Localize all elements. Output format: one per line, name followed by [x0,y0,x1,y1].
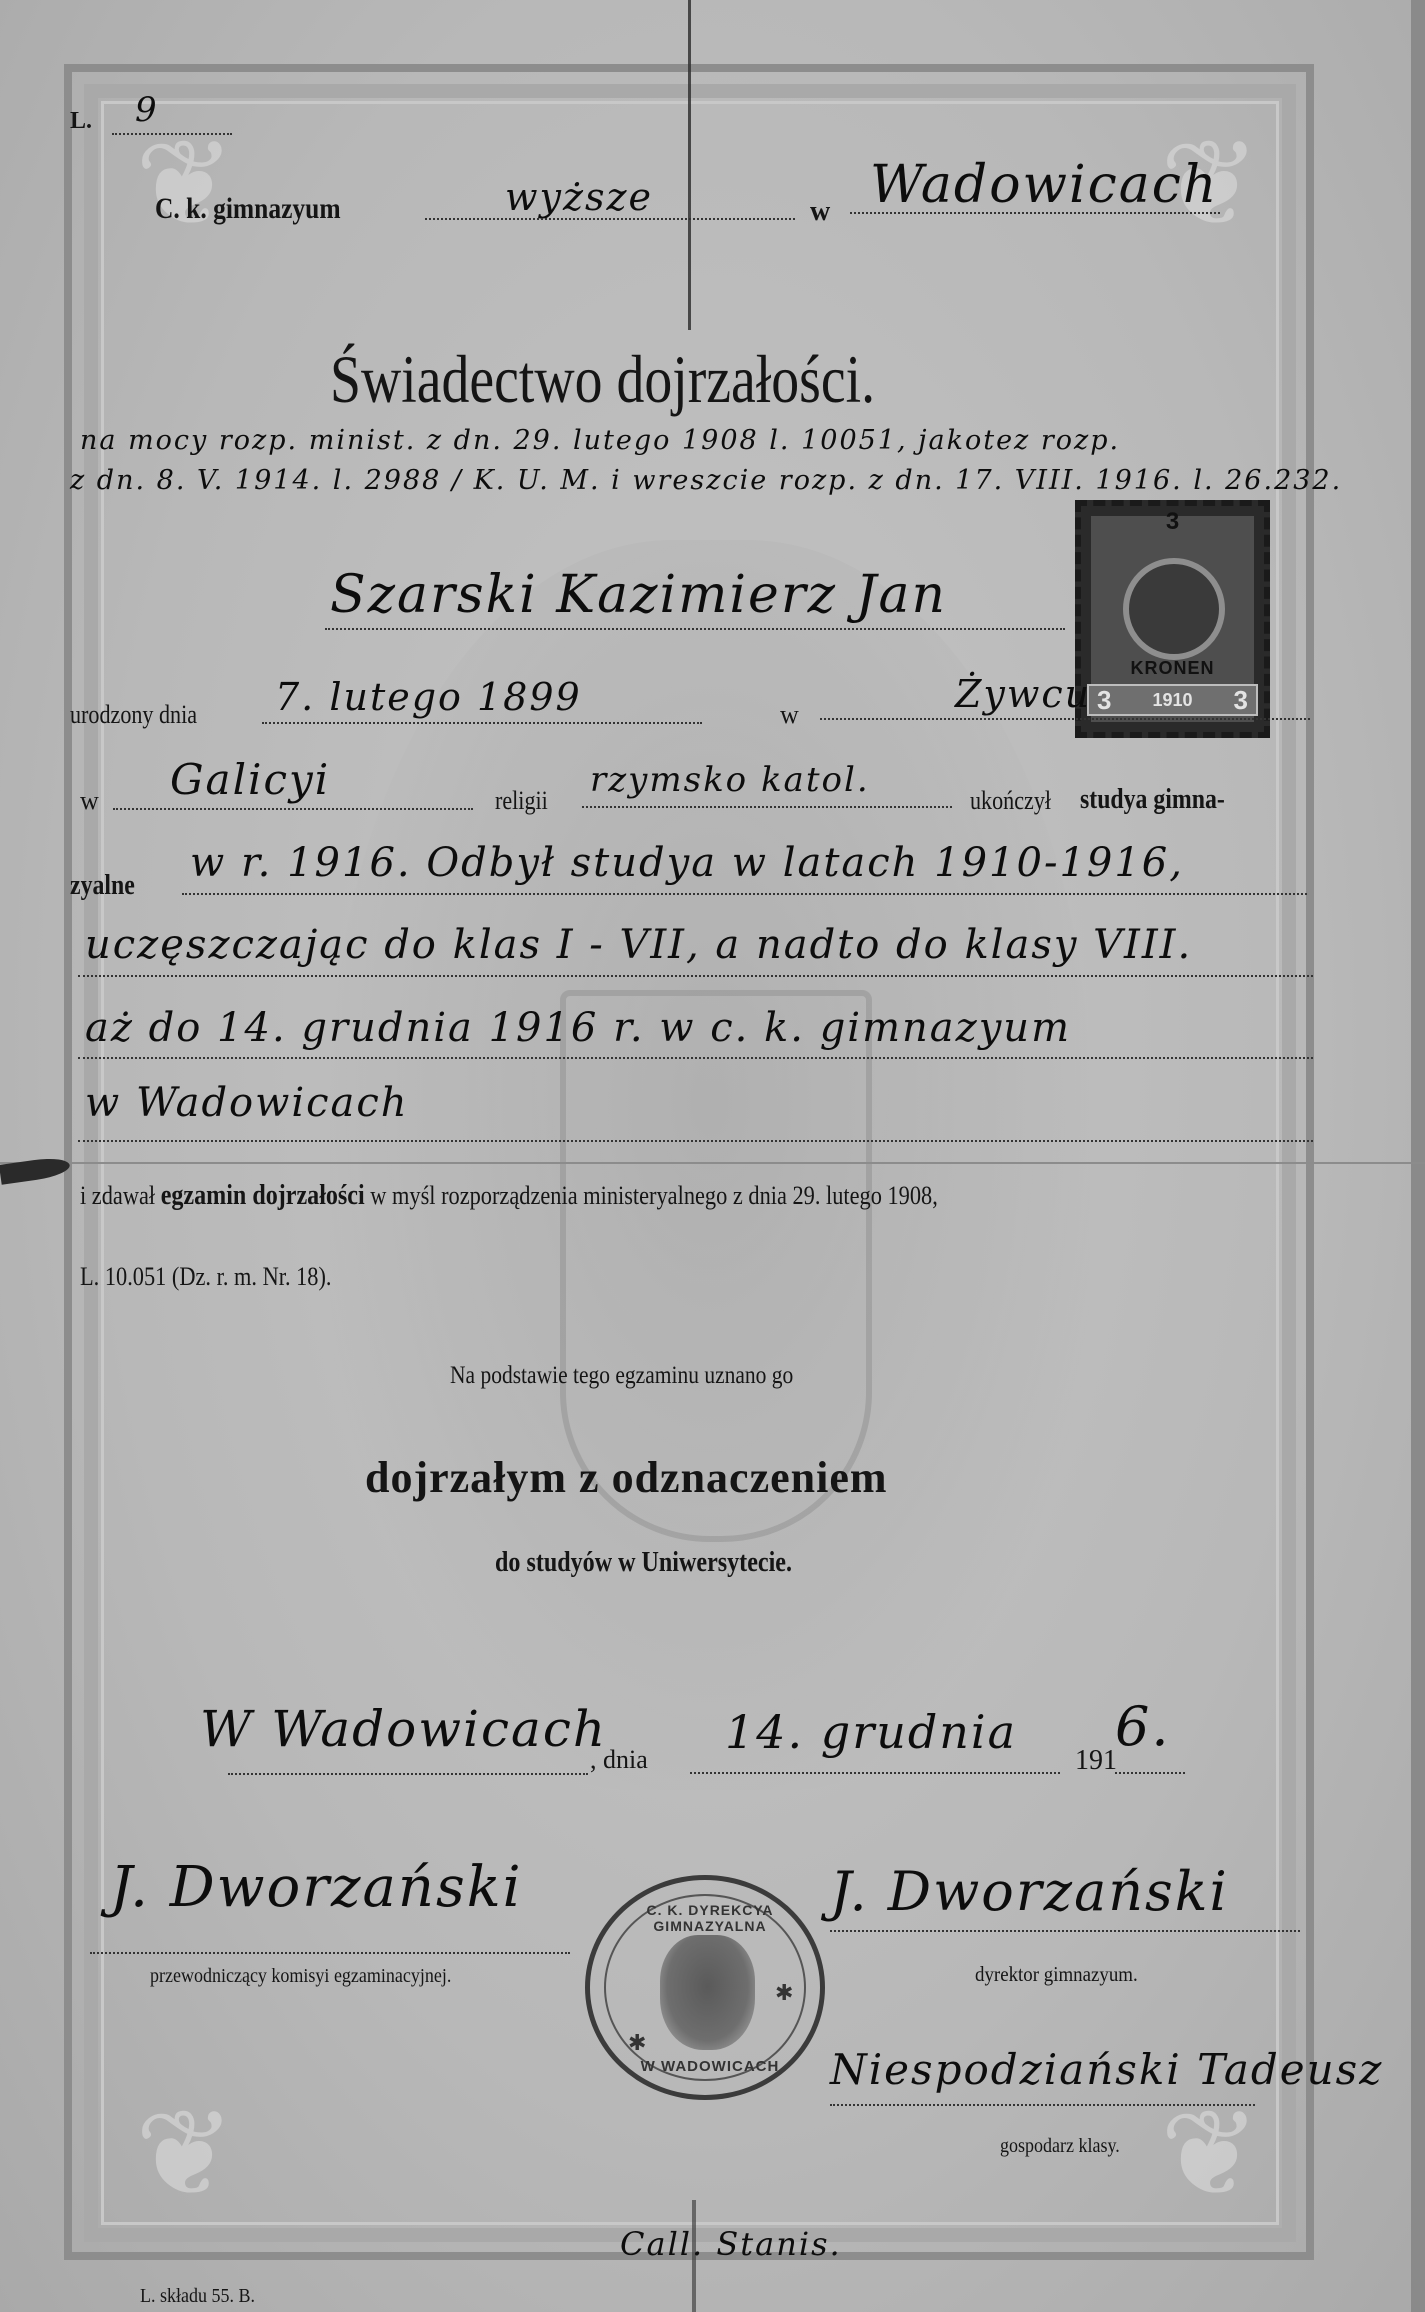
verdict: dojrzałym z odznaczeniem [365,1452,888,1503]
stamp-value-right: 3 [1234,685,1248,716]
exam-text: i zdawał egzamin dojrzałości w myśl rozp… [80,1180,938,1212]
class-master-signature: Niespodziański Tadeusz [830,2045,1383,2094]
school-type-line [425,218,795,220]
stamp-value-left: 3 [1097,685,1111,716]
region: Galicyi [170,755,330,804]
seal-text-bottom: W WADOWICACH [615,2058,805,2075]
attendance-line-3: w Wadowicach [85,1080,409,1126]
director-signature-line [830,1930,1300,1932]
paper-edge [1411,0,1425,2312]
class-master-title: gospodarz klasy. [1000,2135,1120,2158]
annotation-line-2: z dn. 8. V. 1914. l. 2988 / K. U. M. i w… [70,465,1342,496]
corner-ornament-icon: ❦ [1135,2080,1285,2230]
attendance-line-2: aż do 14. grudnia 1916 r. w c. k. gimnaz… [85,1005,1071,1051]
revenue-stamp: 3 KRONEN 3 1910 3 [1075,500,1270,738]
region-line [113,808,473,810]
school-location-line [850,212,1220,214]
seal-text-top: C. K. DYREKCYA GIMNAZYALNA [615,1902,805,1934]
place-date-place-line [228,1773,588,1775]
star-icon: ✱ [628,2030,646,2056]
completed-label-bold: studya gimna- [1080,784,1225,816]
school-seal: C. K. DYREKCYA GIMNAZYALNA ✱ ✱ W WADOWIC… [585,1875,825,2100]
completed-line [182,893,1307,895]
fold-crease [688,0,691,330]
stamp-portrait-icon [1123,558,1225,660]
stamp-currency: KRONEN [1081,658,1264,679]
born-date: 7. lutego 1899 [275,675,582,719]
place-date-year-handwritten: 6. [1115,1695,1171,1758]
born-place-prefix: w [780,700,799,730]
place-date-day-label: , dnia [590,1745,648,1775]
religion-line [582,806,952,808]
place-date-day: 14. grudnia [725,1705,1017,1759]
collation-note: Call. Stanis. [620,2225,842,2263]
place-date-day-line [690,1772,1060,1774]
born-label: urodzony dnia [70,700,197,730]
religion-label: religii [495,786,548,816]
chair-signature: J. Dworzański [110,1855,523,1920]
fold-crease [0,1162,1425,1164]
completed-text: w r. 1916. Odbył studya w latach 1910-19… [190,840,1184,886]
stamp-value-top: 3 [1081,508,1264,536]
student-name-line [325,628,1065,630]
religion: rzymsko katol. [590,760,870,800]
class-master-signature-line [830,2104,1255,2106]
director-signature: J. Dworzański [830,1860,1229,1923]
form-number-line [112,133,232,135]
school-type: wyższe [505,175,653,219]
attendance-line-1: uczęszczając do klas I - VII, a nadto do… [85,922,1192,968]
attendance-line-2-rule [78,1057,1313,1059]
stamp-year: 1910 [1152,690,1192,711]
born-date-line [262,722,702,724]
place-date-year-line [1115,1772,1185,1774]
document-title: Świadectwo dojrzałości. [330,340,875,419]
born-place: Żywcu [955,672,1091,716]
stock-number: L. składu 55. B. [140,2285,255,2308]
attendance-line-1-rule [78,975,1313,977]
student-name: Szarski Kazimierz Jan [330,565,947,625]
chair-signature-line [90,1952,570,1954]
form-number-label: L. [70,108,92,135]
attendance-line-3-rule [78,1140,1313,1142]
director-title: dyrektor gimnazyum. [975,1962,1138,1987]
chair-title: przewodniczący komisyi egzaminacyjnej. [150,1965,451,1988]
double-eagle-icon [660,1935,755,2050]
exam-reference: L. 10.051 (Dz. r. m. Nr. 18). [80,1262,332,1292]
completed-label: ukończył [970,786,1051,816]
verdict-purpose: do studyów w Uniwersytecie. [495,1547,792,1579]
place-date-place: W Wadowicach [200,1700,607,1758]
region-prefix: w [80,786,99,816]
school-label: C. k. gimnazyum [155,192,341,226]
exam-text-bold: egzamin dojrzałości [161,1180,365,1211]
star-icon: ✱ [775,1980,793,2006]
form-number-value: 9 [135,90,159,130]
school-location-prefix: w [810,196,830,228]
place-date-year-printed: 191 [1075,1745,1117,1777]
stamp-value-bar: 3 1910 3 [1087,684,1258,716]
exam-text-suffix: w myśl rozporządzenia ministeryalnego z … [370,1181,938,1210]
born-place-line [820,718,1310,720]
completed-continuation: zyalne [70,870,135,902]
basis-text: Na podstawie tego egzaminu uznano go [450,1362,793,1390]
annotation-line-1: na mocy rozp. minist. z dn. 29. lutego 1… [80,425,1120,456]
exam-text-prefix: i zdawał [80,1181,155,1210]
corner-ornament-icon: ❦ [110,2080,260,2230]
school-location: Wadowicach [870,155,1218,215]
